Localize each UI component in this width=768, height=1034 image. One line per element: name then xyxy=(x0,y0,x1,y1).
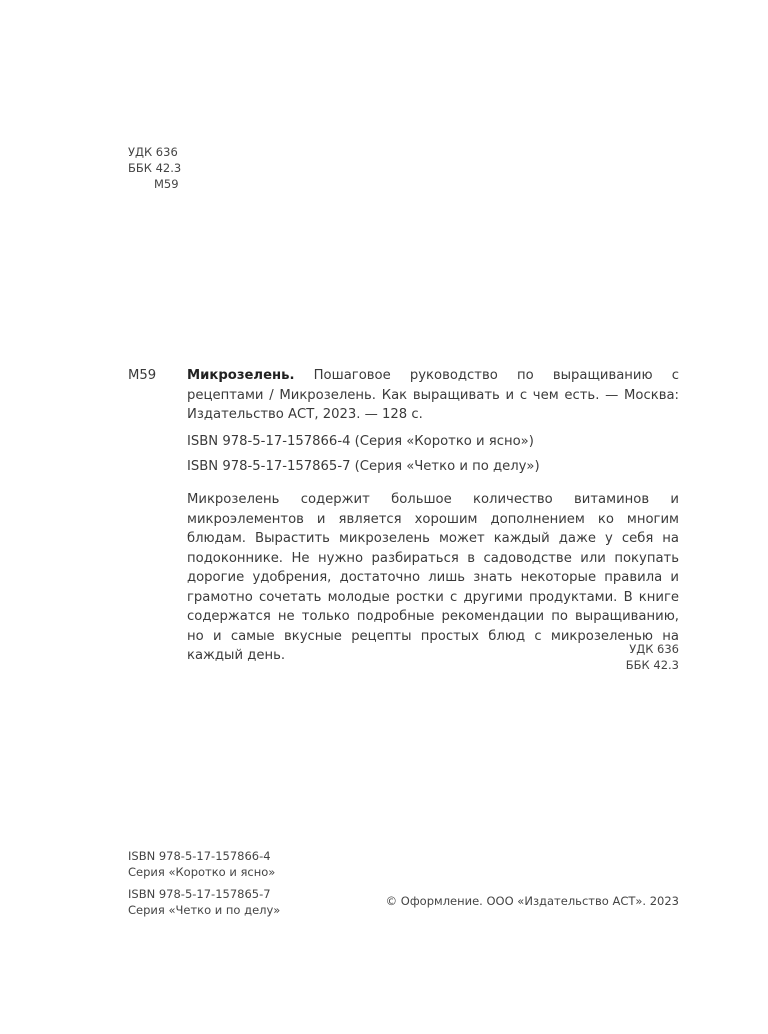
footer-isbn: ISBN 978-5-17-157866-4 xyxy=(128,848,280,864)
bbk-code: ББК 42.3 xyxy=(128,160,181,176)
book-title: Микрозелень. xyxy=(187,368,294,383)
annotation: Микрозелень содержит большое количество … xyxy=(187,490,679,666)
bibliographic-entry: Микрозелень. Пошаговое руководство по вы… xyxy=(187,366,679,425)
footer-isbn-list: ISBN 978-5-17-157866-4 Серия «Коротко и … xyxy=(128,848,280,924)
isbn-line: ISBN 978-5-17-157865-7 (Серия «Четко и п… xyxy=(187,457,540,477)
isbn-line: ISBN 978-5-17-157866-4 (Серия «Коротко и… xyxy=(187,432,540,452)
udk-code: УДК 636 xyxy=(128,144,181,160)
bbk-code: ББК 42.3 xyxy=(626,657,679,673)
footer-series: Серия «Четко и по делу» xyxy=(128,902,280,918)
footer-isbn: ISBN 978-5-17-157865-7 xyxy=(128,886,280,902)
top-classification-codes: УДК 636 ББК 42.3 М59 xyxy=(128,144,181,192)
author-mark: М59 xyxy=(128,176,181,192)
bottom-classification-codes: УДК 636 ББК 42.3 xyxy=(626,641,679,673)
footer-isbn-group: ISBN 978-5-17-157865-7 Серия «Четко и по… xyxy=(128,886,280,918)
footer-isbn-group: ISBN 978-5-17-157866-4 Серия «Коротко и … xyxy=(128,848,280,880)
entry-author-mark: М59 xyxy=(128,366,156,386)
copyright-notice: © Оформление. ООО «Издательство АСТ». 20… xyxy=(386,893,679,909)
udk-code: УДК 636 xyxy=(626,641,679,657)
isbn-list: ISBN 978-5-17-157866-4 (Серия «Коротко и… xyxy=(187,432,540,481)
footer-series: Серия «Коротко и ясно» xyxy=(128,864,280,880)
